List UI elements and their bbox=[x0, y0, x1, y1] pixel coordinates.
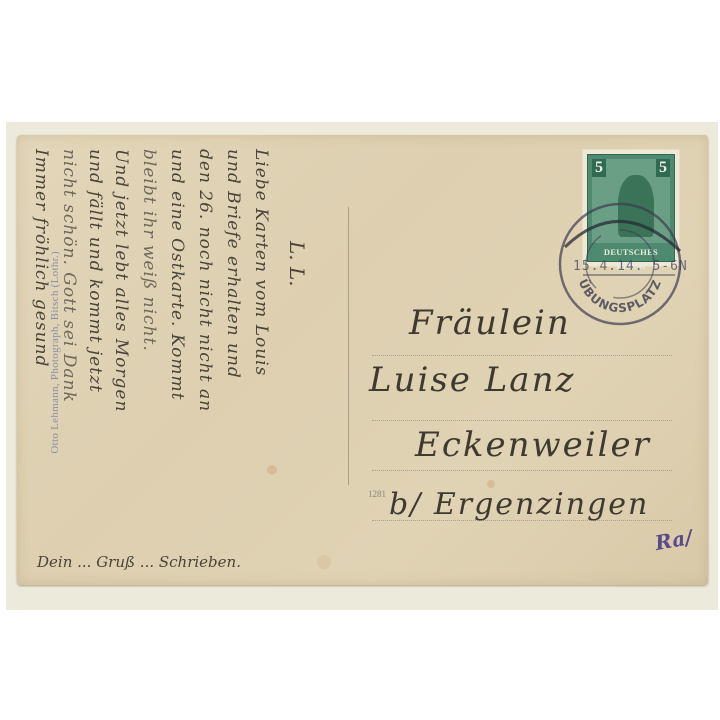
stamp-value: 5 bbox=[592, 159, 606, 177]
address-rule bbox=[372, 355, 672, 356]
stamp-value: 5 bbox=[656, 159, 670, 177]
greeting: L. L. bbox=[285, 241, 309, 287]
closing-line: Dein ... Gruß ... Schrieben. bbox=[37, 553, 241, 571]
handwriting-line: den 26. noch nicht nicht an bbox=[195, 149, 215, 412]
handwriting-line: bleibt ihr weiß nicht. bbox=[139, 149, 159, 352]
address-town: Eckenweiler bbox=[415, 425, 651, 465]
handwriting-line: Liebe Karten vom Louis bbox=[251, 149, 271, 376]
address-via: b/ Ergenzingen bbox=[389, 487, 649, 522]
handwriting-line: und eine Ostkarte. Kommt bbox=[167, 149, 187, 400]
handwriting-line: nicht schön. Gott sei Dank bbox=[59, 149, 79, 403]
svg-text:ÜBUNGSPLATZ: ÜBUNGSPLATZ bbox=[576, 277, 664, 316]
center-divider bbox=[348, 207, 349, 485]
message-area: L. L. Liebe Karten vom Louis und Briefe … bbox=[23, 141, 343, 579]
handwriting-line: Immer fröhlich gesund bbox=[31, 149, 51, 367]
postmark-date: 15.4.14. 5-6N bbox=[573, 259, 688, 274]
address-salutation: Fräulein bbox=[409, 303, 571, 343]
handwriting-line: und fällt und kommt jetzt bbox=[85, 149, 105, 393]
handwriting-line: Und jetzt lebt alles Morgen bbox=[111, 149, 131, 412]
postcard: L. L. Liebe Karten vom Louis und Briefe … bbox=[17, 135, 708, 585]
publisher-imprint: Otto Lehmann, Photograph, Bitsch (Lothr.… bbox=[49, 251, 61, 454]
address-rule bbox=[372, 420, 672, 421]
address-rule bbox=[372, 470, 672, 471]
annotation-mark: Ra/ bbox=[654, 527, 694, 553]
print-number: 1281 bbox=[368, 489, 386, 499]
handwriting-line: und Briefe erhalten und bbox=[223, 149, 243, 379]
address-name: Luise Lanz bbox=[369, 360, 575, 400]
